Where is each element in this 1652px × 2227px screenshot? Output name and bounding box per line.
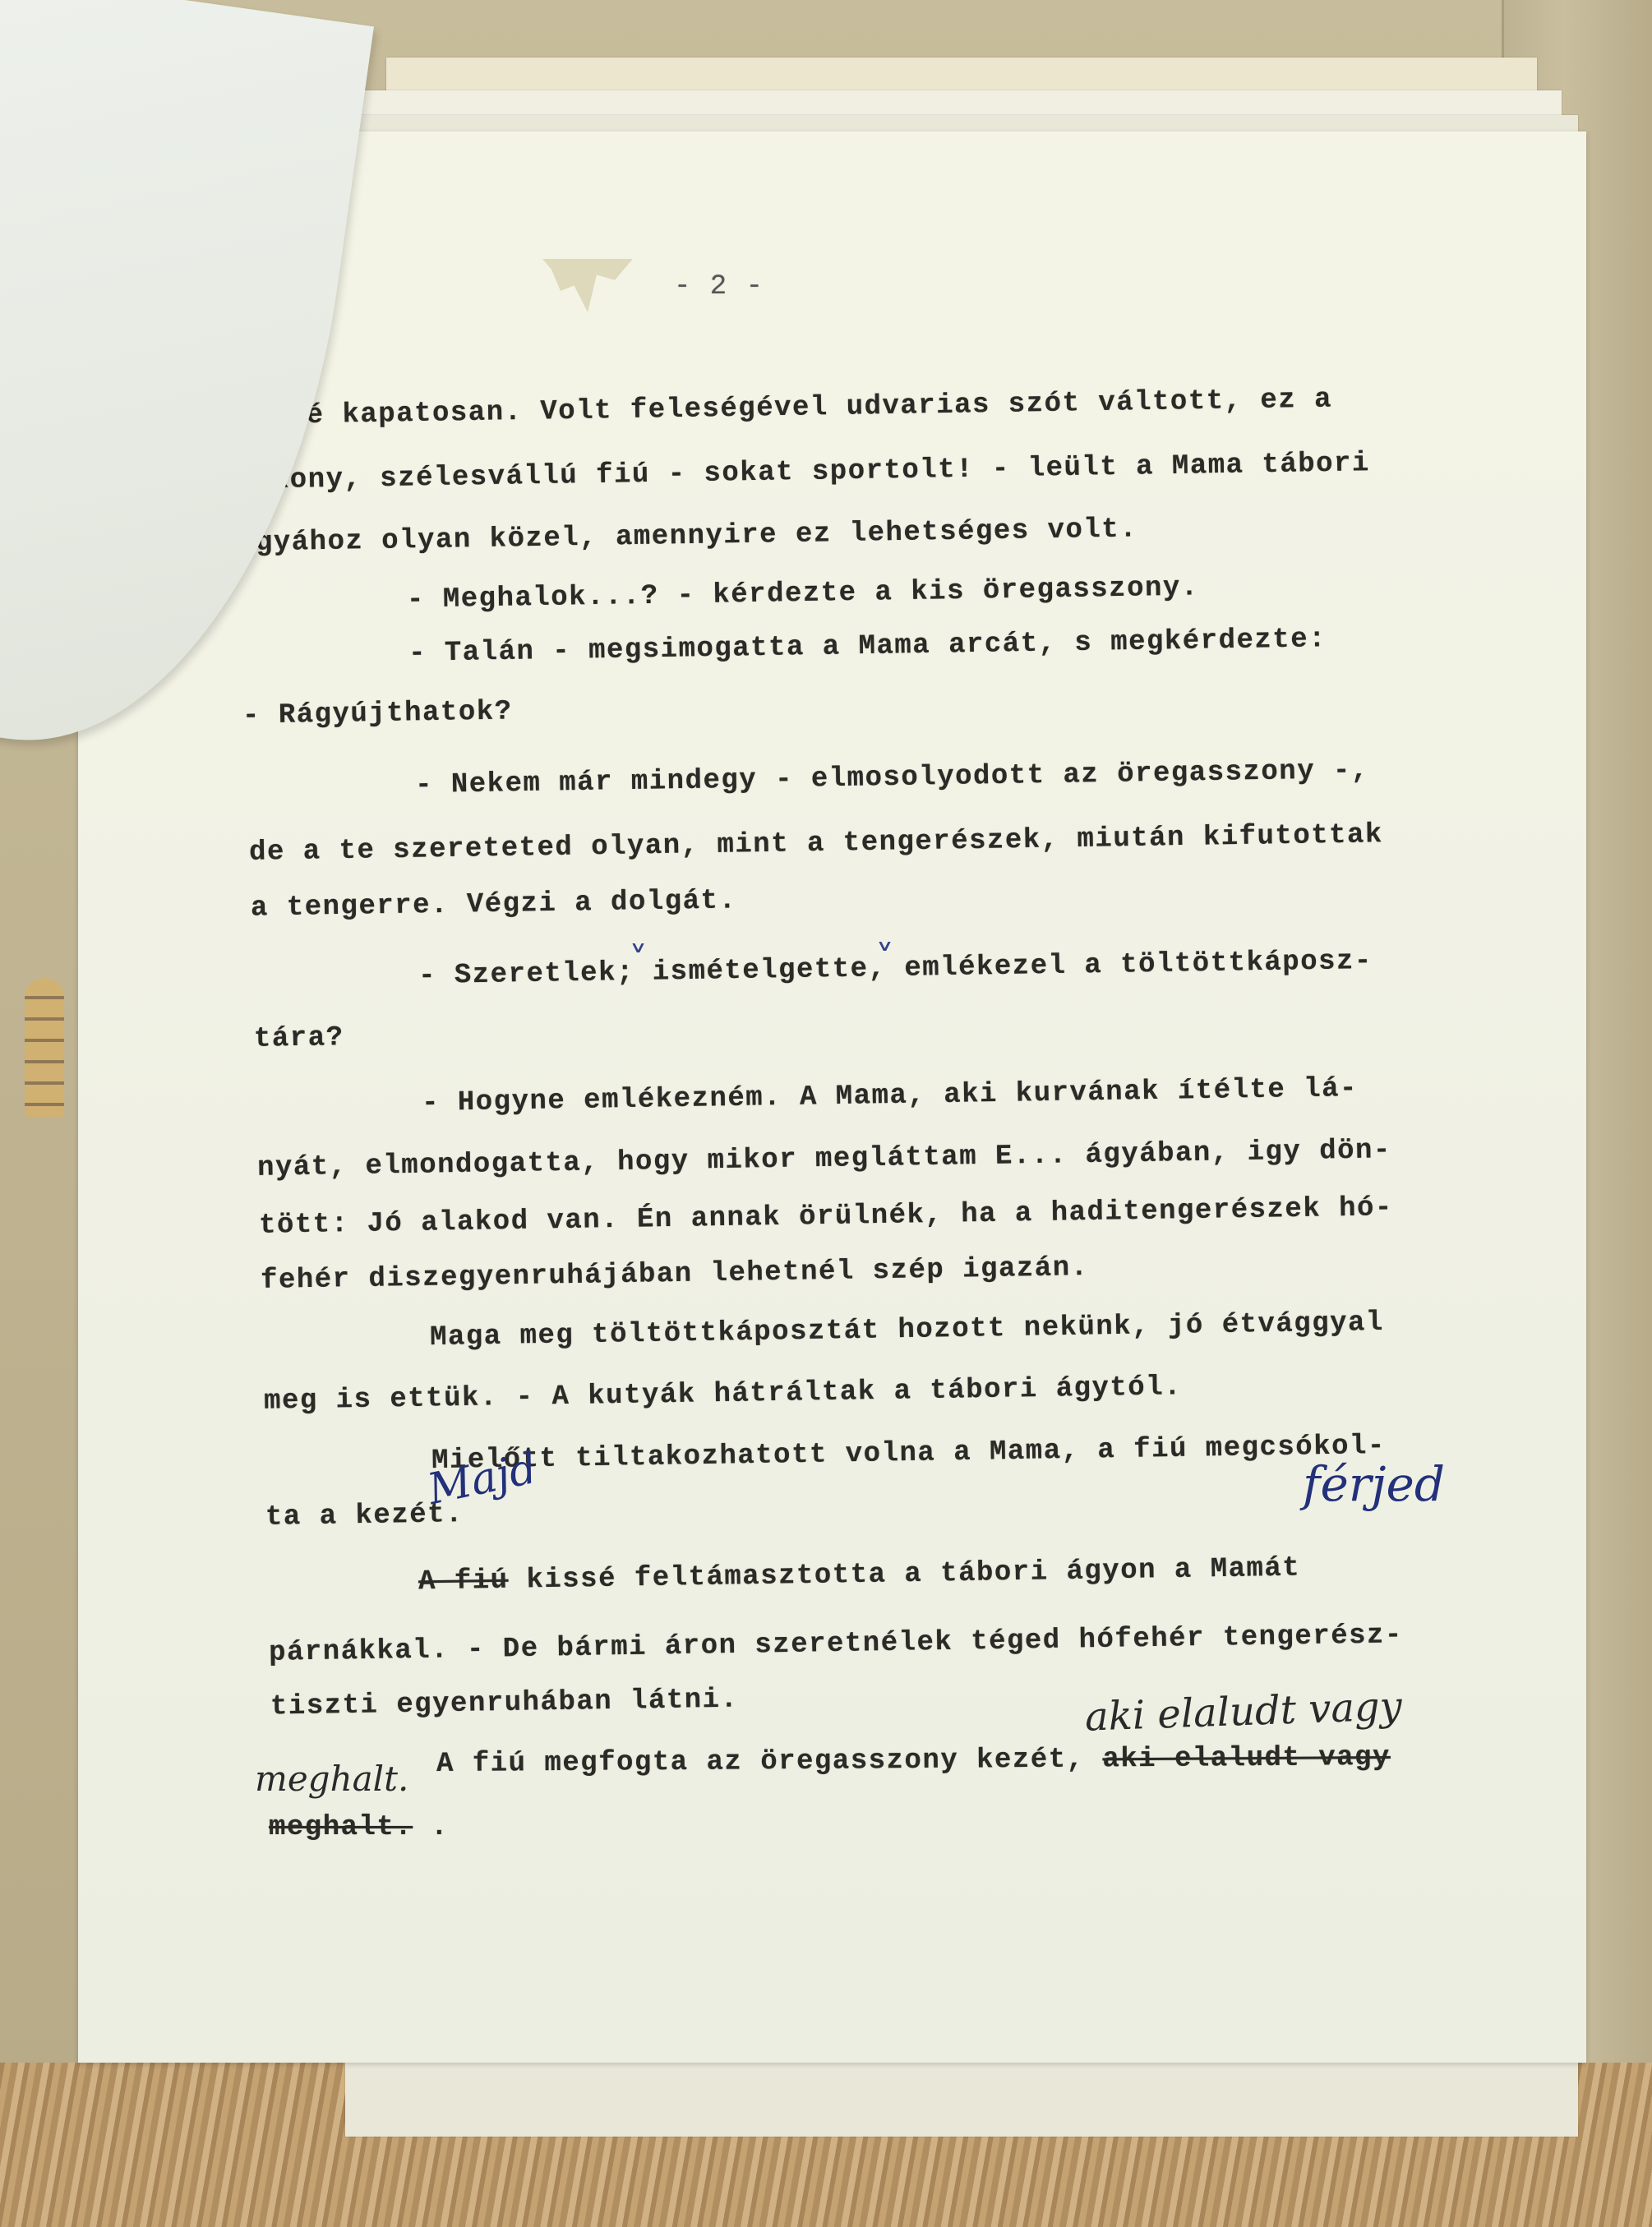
text-line: Mielőtt tiltakozhatott volna a Mama, a f… xyxy=(431,1431,1386,1477)
text-line: - Hogyne emlékezném. A Mama, aki kurvána… xyxy=(422,1073,1358,1119)
text-line: fehér diszegyenruhájában lehetnél szép i… xyxy=(261,1252,1089,1297)
text-line: - Szeretlek; ismételgette, emlékezel a t… xyxy=(418,946,1373,992)
text-line: Maga meg töltöttkáposztát hozott nekünk,… xyxy=(430,1307,1384,1353)
text-line: meg is ettük. - A kutyák hátráltak a táb… xyxy=(264,1372,1183,1418)
struck-text: A fiú xyxy=(418,1565,509,1598)
struck-text: aki elaludt vagy xyxy=(1102,1742,1391,1775)
text-line: tött: Jó alakod van. Én annak örülnék, h… xyxy=(259,1192,1393,1242)
text-line-corrected: A fiú kissé feltámasztotta a tábori ágyo… xyxy=(418,1553,1301,1598)
page-number: - 2 - xyxy=(674,271,764,302)
text-line: nyát, elmondogatta, hogy mikor megláttam… xyxy=(257,1135,1391,1184)
typed-text: kissé feltámasztotta a tábori ágyon a Ma… xyxy=(508,1553,1300,1597)
water-stain xyxy=(542,259,633,312)
typed-text: A fiú megfogta az öregasszony kezét, xyxy=(436,1744,1103,1780)
text-line-corrected: meghalt. . xyxy=(269,1812,449,1843)
text-line: de a te szereteted olyan, mint a tengeré… xyxy=(249,819,1383,869)
insertion-mark-icon: ˅ xyxy=(629,938,648,983)
text-line: vékony, szélesvállú fiú - sokat sportolt… xyxy=(236,448,1370,497)
handwritten-correction: aki elaludt vagy xyxy=(1084,1683,1403,1740)
text-line: - Meghalok...? - kérdezte a kis öregassz… xyxy=(407,572,1199,616)
typed-text: . xyxy=(413,1812,449,1843)
text-line: - Nekem már mindegy - elmosolyodott az ö… xyxy=(415,755,1369,801)
text-line: ágyához olyan közel, amennyire ez lehets… xyxy=(238,514,1138,559)
folder-notch xyxy=(25,978,64,1118)
handwritten-correction: férjed xyxy=(1303,1456,1445,1512)
insertion-mark-icon: ˅ xyxy=(875,937,894,981)
handwritten-correction: meghalt. xyxy=(255,1759,408,1799)
text-line: tára? xyxy=(254,1022,344,1055)
text-line: párnákkal. - De bármi áron szeretnélek t… xyxy=(269,1620,1403,1669)
text-line-corrected: A fiú megfogta az öregasszony kezét, aki… xyxy=(436,1742,1391,1780)
text-line: - Rágyújthatok? xyxy=(242,696,513,731)
text-line: tiszti egyenruhában látni. xyxy=(270,1685,739,1723)
struck-text: meghalt. xyxy=(269,1812,413,1843)
text-line: a tengerre. Végzi a dolgát. xyxy=(251,885,737,924)
text-line: kissé kapatosan. Volt feleségével udvari… xyxy=(234,385,1333,433)
text-line: - Talán - megsimogatta a Mama arcát, s m… xyxy=(408,624,1327,670)
